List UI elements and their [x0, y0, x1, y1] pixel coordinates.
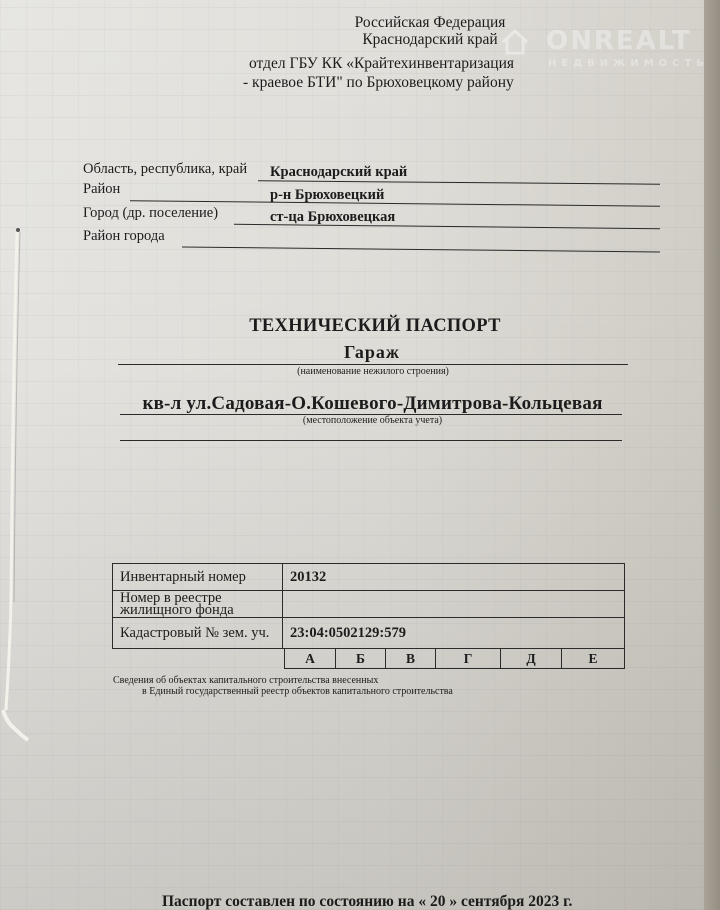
watermark-subtitle: НЕДВИЖИМОСТЬ — [548, 58, 709, 69]
object-name-caption: (наименование нежилого строения) — [118, 366, 628, 377]
field-underline-region — [258, 180, 660, 185]
registry-table: Инвентарный номер 20132 Номер в реестре … — [112, 563, 625, 649]
letter-cell: Е — [562, 649, 625, 669]
letter-cell: Г — [436, 649, 501, 669]
house-logo-icon — [500, 28, 530, 56]
inventory-number-label: Инвентарный номер — [113, 564, 283, 591]
letter-cell: Б — [336, 649, 386, 669]
field-label-city: Город (др. поселение) — [83, 205, 218, 222]
passport-date-statement: Паспорт составлен по состоянию на « 20 »… — [162, 893, 572, 910]
passport-date-day: « 20 » — [418, 893, 457, 910]
passport-date-month-year: сентября 2023 г. — [461, 893, 572, 910]
field-underline-city — [234, 224, 660, 229]
letter-cell: А — [285, 649, 336, 669]
watermark-name: ONREALT — [546, 26, 692, 56]
table-row: Инвентарный номер 20132 — [113, 564, 625, 591]
passport-date-prefix: Паспорт составлен по состоянию на — [162, 893, 414, 910]
letter-cell: В — [386, 649, 436, 669]
registry-note-line2: в Единый государственный реестр объектов… — [142, 686, 453, 698]
cadastral-number-value: 23:04:0502129:579 — [283, 618, 625, 649]
paper-edge — [704, 0, 720, 910]
header-organization-district: - краевое БТИ" по Брюховецкому району — [243, 74, 514, 92]
extra-underline — [120, 440, 622, 441]
object-location-caption: (местоположение объекта учета) — [120, 415, 625, 426]
field-label-district: Район — [83, 181, 120, 198]
document-title: ТЕХНИЧЕСКИЙ ПАСПОРТ — [130, 316, 620, 337]
housing-registry-number-value — [283, 591, 625, 618]
header-region: Краснодарский край — [280, 31, 580, 49]
cadastral-number-label: Кадастровый № зем. уч. — [113, 618, 283, 649]
letter-cell: Д — [501, 649, 562, 669]
building-letters-table: А Б В Г Д Е — [284, 648, 625, 669]
object-name: Гараж — [118, 342, 626, 363]
object-name-underline — [118, 364, 628, 365]
table-row: Кадастровый № зем. уч. 23:04:0502129:579 — [113, 618, 625, 649]
binding-string-icon — [0, 220, 40, 760]
table-row: Номер в реестре жилищного фонда — [113, 591, 625, 618]
field-label-city-district: Район города — [83, 228, 165, 245]
field-underline-city-district — [182, 246, 660, 252]
object-location: кв-л ул.Садовая-О.Кошевого-Димитрова-Кол… — [120, 393, 625, 415]
inventory-number-value: 20132 — [283, 564, 625, 591]
field-label-region: Область, республика, край — [83, 161, 247, 178]
header-organization: отдел ГБУ КК «Крайтехинвентаризация — [249, 55, 514, 73]
document-page: Российская Федерация Краснодарский край … — [0, 0, 704, 910]
housing-registry-number-label: Номер в реестре жилищного фонда — [113, 591, 283, 618]
header-country: Российская Федерация — [280, 14, 580, 32]
table-row: А Б В Г Д Е — [285, 649, 625, 669]
field-value-region: Краснодарский край — [270, 164, 407, 181]
